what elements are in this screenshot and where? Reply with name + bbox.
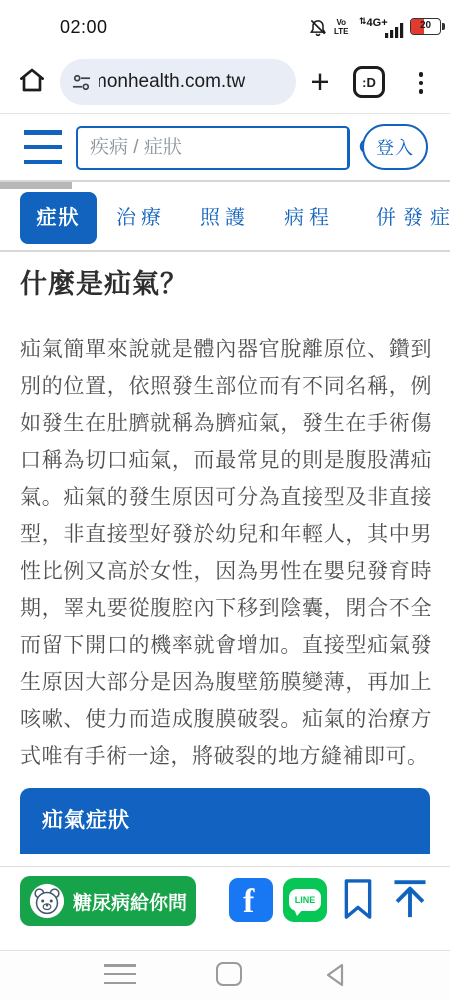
login-button[interactable]: 登入 bbox=[362, 124, 428, 170]
browser-toolbar: monhealth.com.tw + :D bbox=[0, 56, 450, 113]
nav-recents-button[interactable] bbox=[104, 964, 136, 984]
tab-course[interactable]: 病程 bbox=[284, 192, 334, 244]
search-input[interactable] bbox=[78, 128, 347, 168]
site-menu-button[interactable] bbox=[24, 130, 62, 164]
section-header-banner: 疝氣症狀 bbox=[20, 788, 430, 854]
address-bar[interactable]: monhealth.com.tw bbox=[60, 59, 296, 105]
clock-text: 02:00 bbox=[60, 17, 108, 38]
tabbar-divider bbox=[0, 250, 450, 252]
scroll-to-top-button[interactable] bbox=[388, 877, 432, 921]
diabetes-ask-button[interactable]: 糖尿病給你問 bbox=[20, 876, 196, 926]
nav-home-button[interactable] bbox=[216, 962, 242, 986]
volte-icon: Vo LTE bbox=[334, 18, 349, 36]
section-header-text: 疝氣症狀 bbox=[20, 788, 430, 854]
tab-symptoms[interactable]: 症狀 bbox=[20, 192, 97, 244]
phone-screen: 02:00 Vo LTE ⇅4G+ 20 bbox=[0, 0, 450, 1000]
new-tab-button[interactable]: + bbox=[302, 58, 338, 106]
url-text-container: monhealth.com.tw bbox=[99, 71, 245, 93]
android-nav-bar bbox=[0, 950, 450, 1000]
url-text: monhealth.com.tw bbox=[99, 71, 245, 93]
tab-care[interactable]: 照護 bbox=[200, 192, 250, 244]
tab-complications[interactable]: 併發症 bbox=[376, 192, 450, 244]
line-icon: LINE bbox=[289, 889, 321, 911]
ask-button-label: 糖尿病給你問 bbox=[73, 888, 187, 915]
floating-action-bar: 糖尿病給你問 f LINE bbox=[0, 866, 450, 947]
network-type-indicator: ⇅4G+ bbox=[359, 16, 388, 29]
facebook-share-button[interactable]: f bbox=[229, 878, 273, 922]
battery-percent-text: 20 bbox=[411, 20, 440, 31]
site-header: 登入 bbox=[0, 114, 450, 180]
tab-treatment[interactable]: 治療 bbox=[116, 192, 166, 244]
signal-bars-icon bbox=[385, 22, 405, 38]
article-tab-bar: 症狀 治療 照護 病程 併發症 bbox=[0, 182, 450, 250]
facebook-icon: f bbox=[243, 883, 254, 921]
line-share-button[interactable]: LINE bbox=[283, 878, 327, 922]
tune-sliders-icon bbox=[72, 73, 91, 92]
battery-nub bbox=[442, 23, 445, 30]
bear-mascot-icon bbox=[28, 882, 66, 920]
browser-menu-button[interactable] bbox=[416, 66, 426, 100]
tab-scrollbar-handle[interactable] bbox=[0, 182, 72, 189]
article-title: 什麼是疝氣？ bbox=[20, 262, 430, 301]
search-box bbox=[76, 126, 350, 170]
tab-switcher-button[interactable]: :D bbox=[353, 66, 385, 98]
data-arrows-icon: ⇅ bbox=[359, 16, 367, 26]
nav-back-button[interactable] bbox=[324, 962, 346, 988]
status-bar: 02:00 Vo LTE ⇅4G+ 20 bbox=[0, 0, 450, 56]
battery-icon: 20 bbox=[410, 18, 441, 35]
browser-home-icon[interactable] bbox=[16, 62, 48, 98]
mute-bell-icon bbox=[308, 17, 328, 38]
bookmark-button[interactable] bbox=[341, 877, 375, 921]
article-body-text: 疝氣簡單來說就是體內器官脫離原位、鑽到別的位置，依照發生部位而有不同名稱，例如發… bbox=[20, 331, 432, 775]
